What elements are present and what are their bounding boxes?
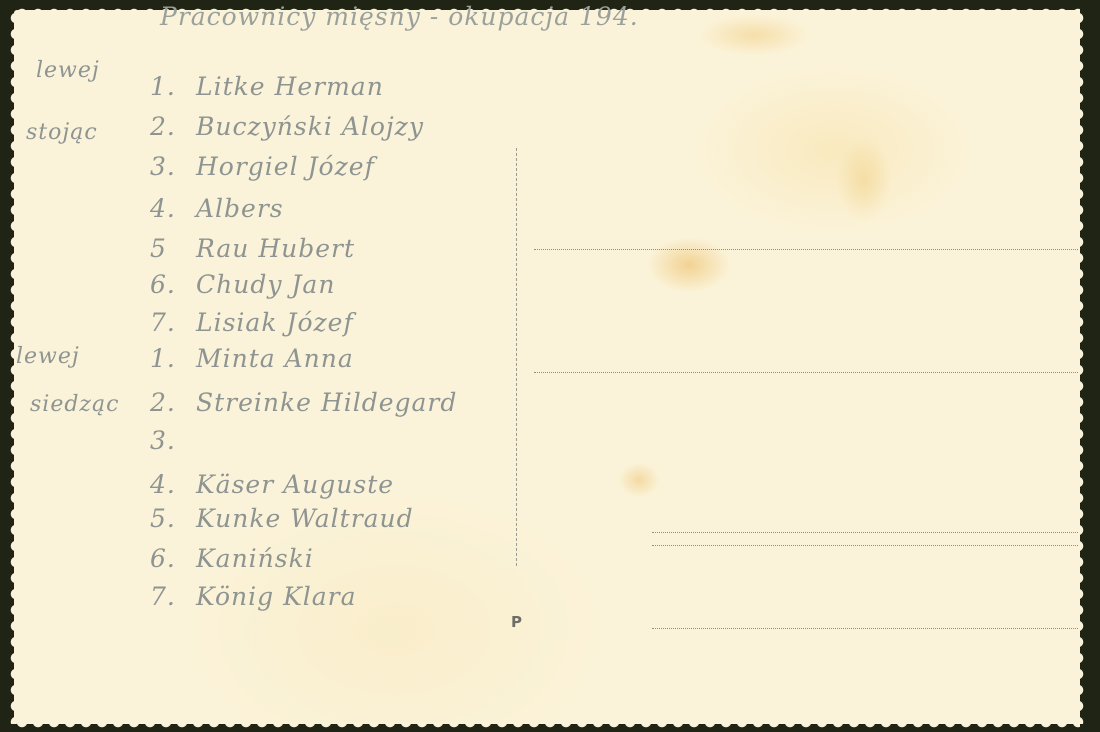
entry-number: 7.: [150, 308, 196, 337]
group-label-standing-2: stojąc: [26, 120, 98, 145]
entry-name: Albers: [196, 194, 284, 223]
list-item: 4.Käser Auguste: [150, 470, 394, 499]
group-label-seated-2: siedząc: [30, 392, 119, 417]
entry-number: 4.: [150, 470, 196, 499]
entry-number: 4.: [150, 194, 196, 223]
list-item: 3.Horgiel Józef: [150, 152, 375, 181]
entry-name: Lisiak Józef: [196, 308, 354, 337]
entry-number: 6.: [150, 544, 196, 573]
scalloped-edge-bottom: [14, 722, 1080, 732]
entry-number: 5.: [150, 504, 196, 533]
entry-name: Käser Auguste: [196, 470, 394, 499]
list-item: 1.Litke Herman: [150, 72, 384, 101]
entry-name: Litke Herman: [196, 72, 384, 101]
scalloped-edge-left: [6, 10, 16, 724]
handwritten-title: Pracownicy mięsny - okupacja 194.: [160, 2, 639, 31]
entry-name: Horgiel Józef: [196, 152, 375, 181]
address-line-5: [652, 628, 1078, 629]
entry-name: Minta Anna: [196, 344, 354, 373]
scalloped-edge-right: [1078, 10, 1088, 724]
entry-number: 5: [150, 234, 196, 263]
list-item: 4.Albers: [150, 194, 284, 223]
entry-number: 1.: [150, 72, 196, 101]
list-item: 1.Minta Anna: [150, 344, 354, 373]
list-item: 7.Lisiak Józef: [150, 308, 354, 337]
list-item: 7.König Klara: [150, 582, 357, 611]
entry-number: 7.: [150, 582, 196, 611]
entry-name: Buczyński Alojzy: [196, 112, 424, 141]
entry-name: Chudy Jan: [196, 270, 335, 299]
list-item: 2.Streinke Hildegard: [150, 388, 457, 417]
entry-number: 3.: [150, 426, 196, 455]
address-line-2: [534, 372, 1078, 373]
entry-number: 3.: [150, 152, 196, 181]
entry-number: 6.: [150, 270, 196, 299]
entry-name: König Klara: [196, 582, 357, 611]
entry-number: 2.: [150, 388, 196, 417]
entry-name: Streinke Hildegard: [196, 388, 457, 417]
postcard-center-divider: [516, 148, 517, 566]
group-label-seated-1: lewej: [16, 344, 80, 369]
entry-name: Kunke Waltraud: [196, 504, 414, 533]
list-item: 2.Buczyński Alojzy: [150, 112, 424, 141]
entry-number: 1.: [150, 344, 196, 373]
address-line-3: [652, 532, 1078, 533]
address-line-4: [652, 545, 1078, 546]
list-item: 6.Chudy Jan: [150, 270, 335, 299]
entry-name: Rau Hubert: [196, 234, 355, 263]
list-item: 6.Kaniński: [150, 544, 314, 573]
entry-name: Kaniński: [196, 544, 314, 573]
list-item: 5.Kunke Waltraud: [150, 504, 414, 533]
entry-number: 2.: [150, 112, 196, 141]
address-line-1: [534, 249, 1078, 250]
list-item: 3.: [150, 426, 196, 455]
list-item: 5Rau Hubert: [150, 234, 355, 263]
group-label-standing-1: lewej: [36, 58, 100, 83]
printed-mark: P: [511, 613, 522, 631]
